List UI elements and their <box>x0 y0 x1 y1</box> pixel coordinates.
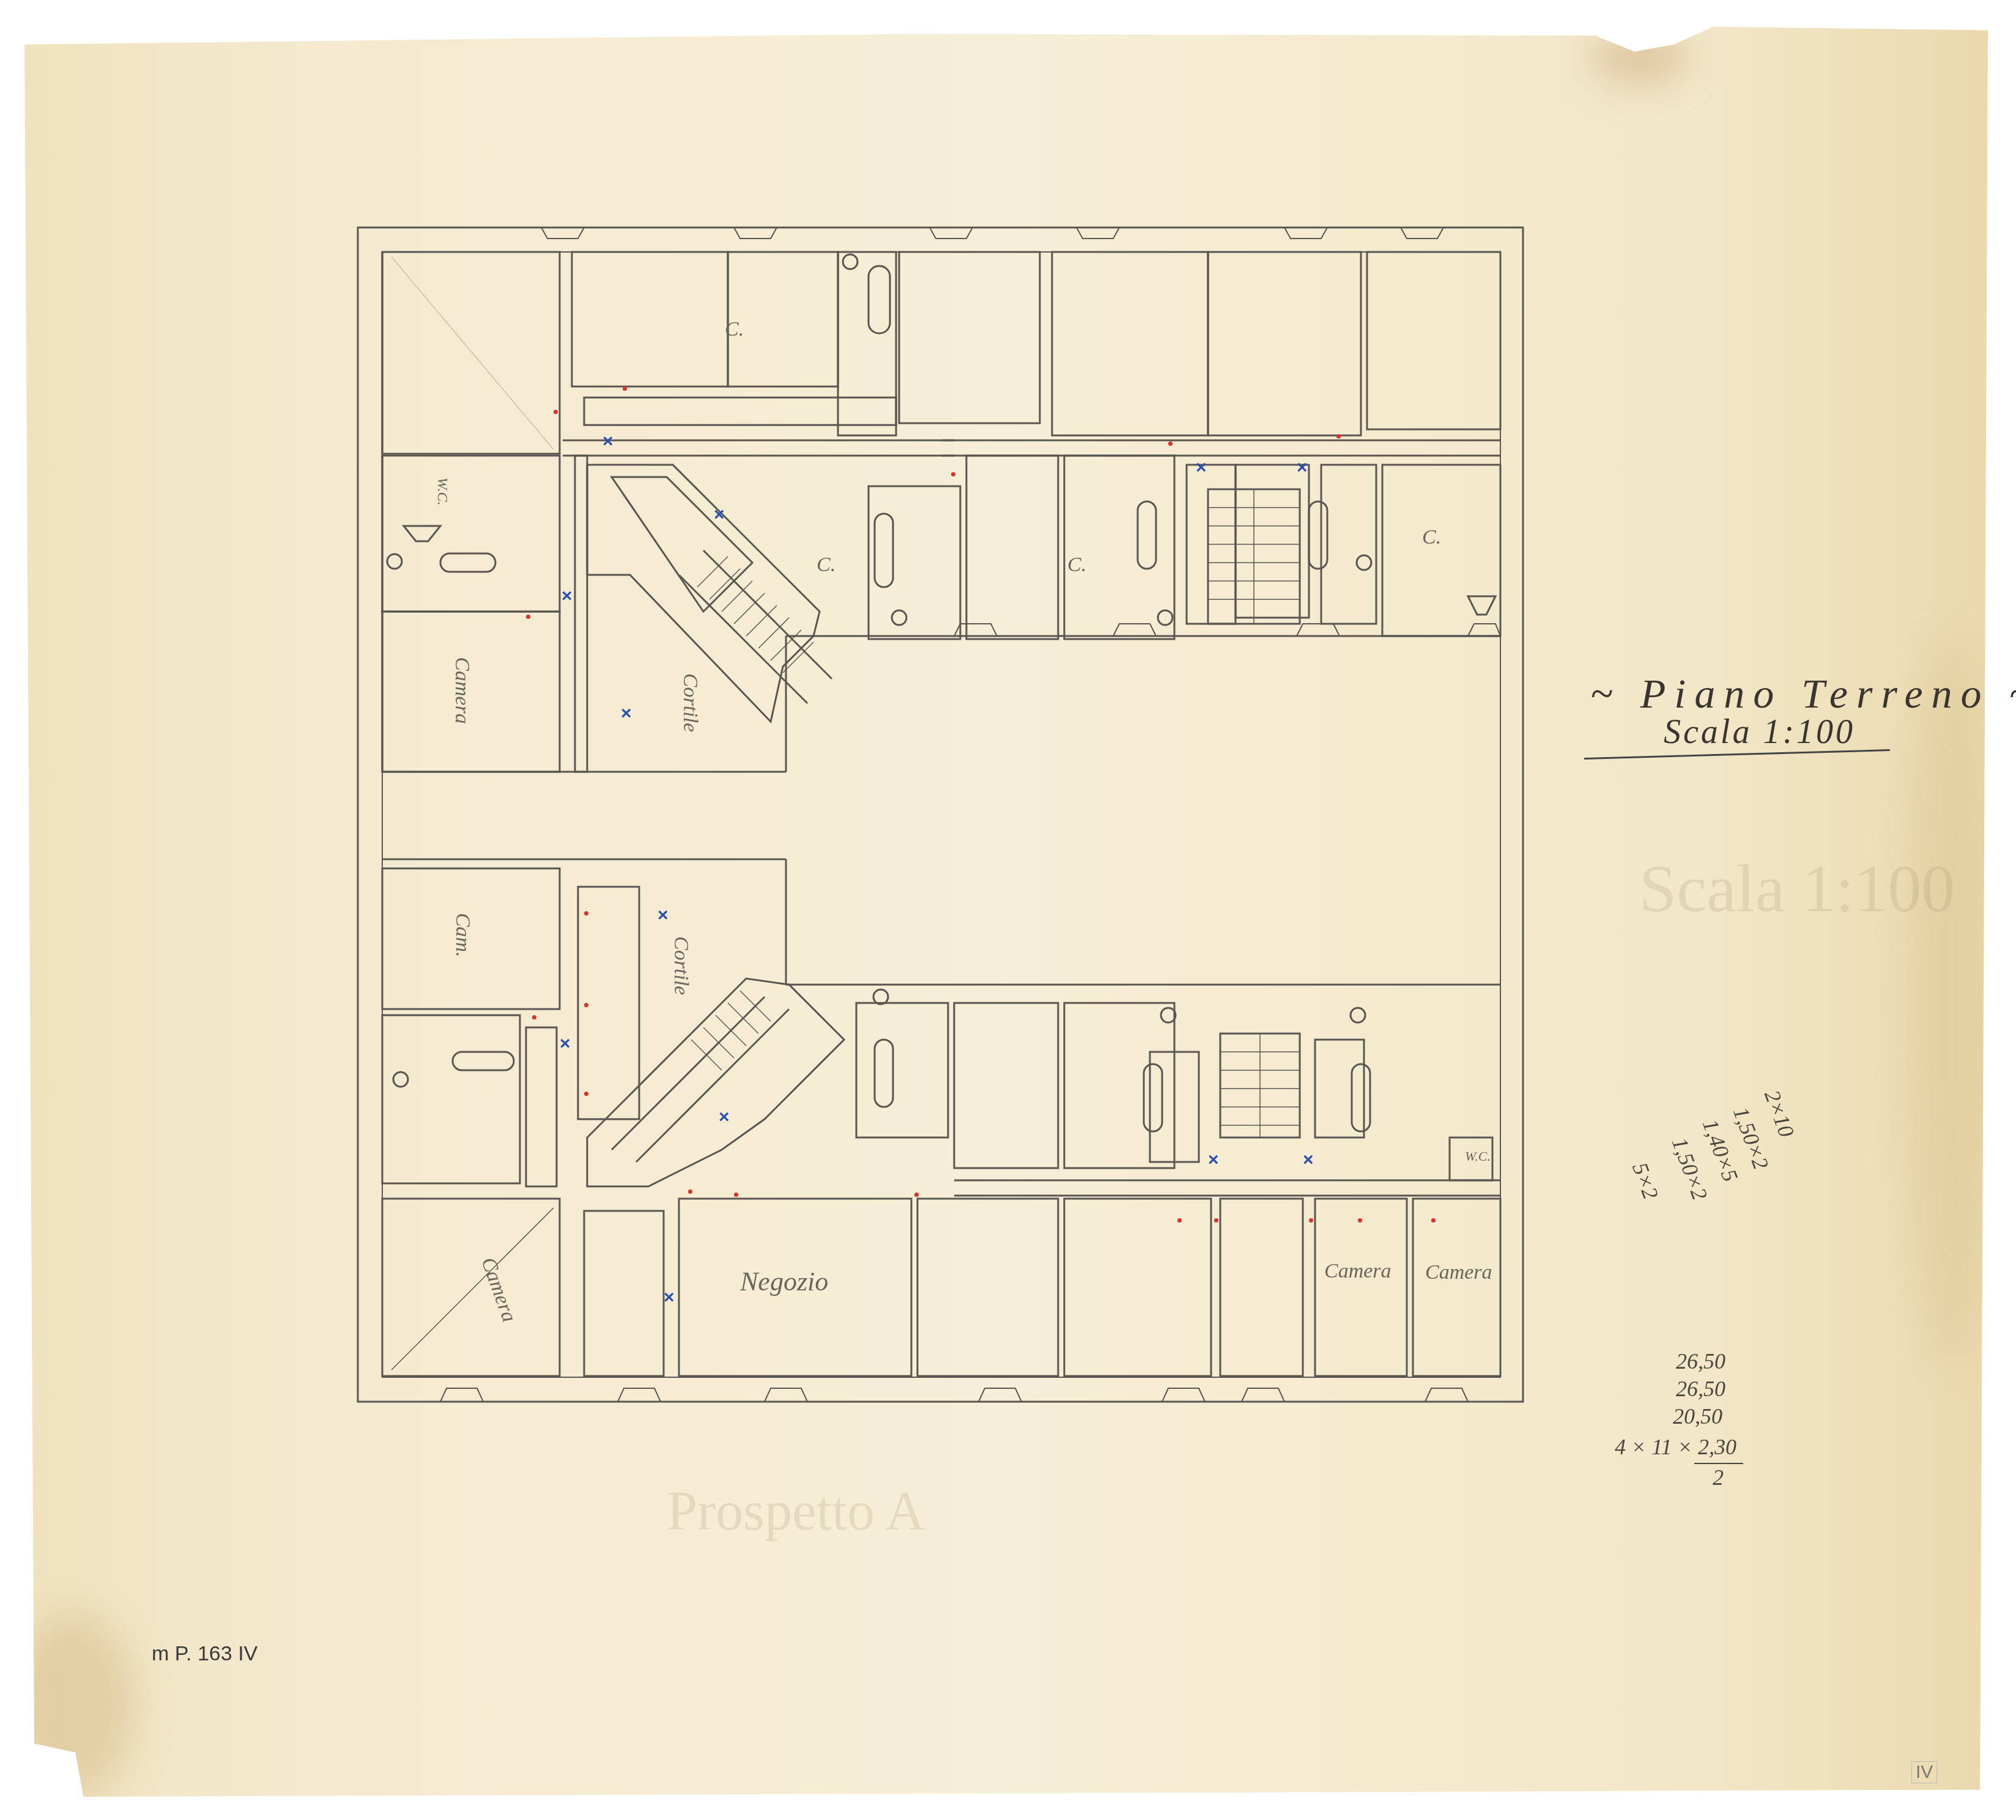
room-label: Negozio <box>740 1266 828 1297</box>
red-dot-marker <box>554 410 558 414</box>
room-label: C. <box>725 318 744 341</box>
blue-x-marker: × <box>1297 457 1308 478</box>
red-dot-marker <box>584 1003 588 1007</box>
room-label: C. <box>1067 553 1086 577</box>
blue-x-marker: × <box>719 1107 730 1128</box>
catalog-mark: m P. 163 IV <box>152 1642 258 1666</box>
blue-x-marker: × <box>621 703 632 724</box>
red-dot-marker <box>1358 1218 1362 1223</box>
drawing-title: ~ Piano Terreno ~ <box>1590 670 2016 718</box>
blue-x-marker: × <box>1196 457 1207 478</box>
red-dot-marker <box>1336 434 1341 438</box>
red-dot-marker <box>623 387 627 391</box>
red-dot-marker <box>1431 1218 1436 1223</box>
red-dot-marker <box>688 1189 692 1194</box>
red-dot-marker <box>584 911 588 916</box>
blue-x-marker: × <box>602 431 613 452</box>
room-label: W.C. <box>434 478 450 506</box>
red-dot-marker <box>1177 1218 1182 1223</box>
blue-x-marker: × <box>658 905 669 926</box>
red-dot-marker <box>532 1015 536 1019</box>
room-label: Cortile <box>678 673 702 732</box>
room-label: Camera <box>1324 1260 1392 1283</box>
blue-x-marker: × <box>1303 1150 1314 1171</box>
room-label: W.C. <box>1465 1149 1491 1164</box>
calc-line: 2×10 <box>1759 1087 1799 1141</box>
calc-line: 26,50 <box>1676 1348 1725 1374</box>
room-label: Cam. <box>451 913 474 958</box>
blue-x-marker: × <box>714 505 725 525</box>
room-label: Cortile <box>669 936 692 995</box>
red-dot-marker <box>1168 442 1173 446</box>
room-label: C. <box>1422 526 1441 549</box>
sheet-number: IV <box>1911 1761 1937 1783</box>
drawing-scale: Scala 1:100 <box>1664 712 1855 752</box>
red-dot-marker <box>1214 1218 1218 1223</box>
calc-formula: 4 × 11 × 2,30 <box>1615 1434 1736 1460</box>
floor-plan-drawing <box>0 0 2016 1820</box>
room-label: Camera <box>450 657 473 724</box>
rotated-calculations: 2×10 1,50×2 1,40×5 1,50×2 5×2 <box>1627 1076 1810 1235</box>
red-dot-marker <box>914 1193 919 1197</box>
calc-line: 26,50 <box>1676 1376 1725 1402</box>
red-dot-marker <box>526 615 530 619</box>
red-dot-marker <box>734 1193 738 1197</box>
red-dot-marker <box>951 472 955 476</box>
calc-line: 20,50 <box>1673 1404 1722 1429</box>
red-dot-marker <box>584 1092 588 1096</box>
calc-divisor: 2 <box>1713 1465 1724 1490</box>
blue-x-marker: × <box>664 1287 675 1308</box>
blue-x-marker: × <box>560 1034 571 1054</box>
room-label: Camera <box>1425 1261 1492 1284</box>
blue-x-marker: × <box>561 586 573 607</box>
blue-x-marker: × <box>1208 1150 1219 1171</box>
calc-line: 5×2 <box>1627 1159 1664 1202</box>
floor-plan: × × × × × × × × × × × × C. W.C. Camera C… <box>0 0 2016 1820</box>
room-label: C. <box>817 553 836 577</box>
fraction-bar <box>1694 1463 1743 1464</box>
red-dot-marker <box>1309 1218 1313 1223</box>
